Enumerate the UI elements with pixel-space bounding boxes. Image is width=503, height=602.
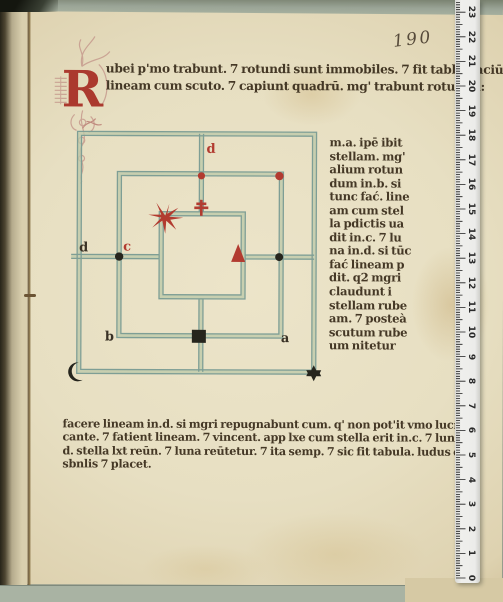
- corner-flourish: [83, 118, 102, 128]
- ruler-number: 0: [464, 571, 478, 585]
- ruler-number: 4: [464, 473, 478, 487]
- ruler-number: 16: [464, 177, 478, 191]
- ruler-number: 10: [464, 325, 478, 339]
- red-dot-top-right: [275, 172, 283, 180]
- ruler-number: 3: [464, 497, 478, 511]
- black-dot-right: [275, 253, 283, 261]
- text-line: alium rotun: [329, 163, 411, 177]
- ruler-number: 15: [464, 202, 478, 216]
- ruler-number: 20: [464, 79, 478, 93]
- ruler-number: 22: [464, 30, 478, 44]
- ruler-number: 2: [464, 522, 478, 536]
- black-square-marker: [192, 330, 206, 343]
- initial-letter: R: [62, 59, 104, 118]
- ruler-number: 14: [464, 227, 478, 241]
- text-line: la pdictis ua: [329, 218, 411, 232]
- binding-stitch: [24, 294, 36, 297]
- board-label-left-inner: c: [123, 240, 131, 255]
- text-line: m.a. ipē ibit: [330, 136, 412, 150]
- red-star-marker: [148, 203, 183, 234]
- game-board-diagram: d d c b a: [66, 118, 327, 389]
- text-line: tunc fać. line: [329, 190, 411, 204]
- text-line: am. 7 posteà: [329, 312, 411, 326]
- text-line: lineam cum scuto. 7 capiunt quadrū. mg' …: [106, 77, 503, 95]
- board-label-bottom-left: b: [105, 329, 114, 344]
- ruler-number: 8: [464, 374, 478, 388]
- text-line: sbnlis 7 placet.: [62, 458, 479, 473]
- ruler-number: 13: [464, 251, 478, 265]
- measuring-tape-ruler: 23222120191817161514131211109876543210: [455, 0, 480, 583]
- ruler-number: 9: [464, 350, 478, 364]
- top-text-block: ubei p'mo trabunt. 7 rotundi sunt immobi…: [106, 60, 503, 95]
- board-label-bottom-right: a: [281, 331, 290, 346]
- ruler-number: 19: [464, 104, 478, 118]
- ruler-number: 6: [464, 423, 478, 437]
- under-page-corner: [405, 578, 503, 602]
- ruler-number: 23: [464, 5, 478, 19]
- ruler-number: 17: [464, 153, 478, 167]
- ruler-number: 1: [464, 546, 478, 560]
- parchment-page: R ubei p'mo trabunt. 7 rotundi sunt immo…: [5, 8, 503, 586]
- ruler-number: 7: [464, 399, 478, 413]
- board-label-left-outer: d: [79, 240, 88, 255]
- gutter-fold-line: [27, 6, 31, 590]
- black-cross-marker: [306, 365, 321, 381]
- folio-number: 190: [392, 27, 434, 52]
- ruler-number: 12: [464, 276, 478, 290]
- right-column-text: m.a. ipē ibitstellam. mg'alium rotundum …: [329, 136, 412, 353]
- ruler-number: 18: [464, 128, 478, 142]
- text-line: um nitetur: [329, 339, 411, 353]
- ruler-number: 5: [464, 448, 478, 462]
- photo-background-top-left: [0, 0, 58, 12]
- black-dot-left: [115, 252, 123, 260]
- ruler-number: 21: [464, 54, 478, 68]
- binding-edge: [0, 0, 27, 602]
- ruler-number: 11: [464, 300, 478, 314]
- red-dot-top-center: [198, 172, 205, 179]
- board-label-top: d: [206, 142, 215, 157]
- bottom-text-block: facere lineam in.d. si mgri repugnabunt …: [62, 417, 480, 472]
- text-line: ubei p'mo trabunt. 7 rotundi sunt immobi…: [106, 60, 503, 78]
- text-line: claudunt i: [329, 285, 411, 299]
